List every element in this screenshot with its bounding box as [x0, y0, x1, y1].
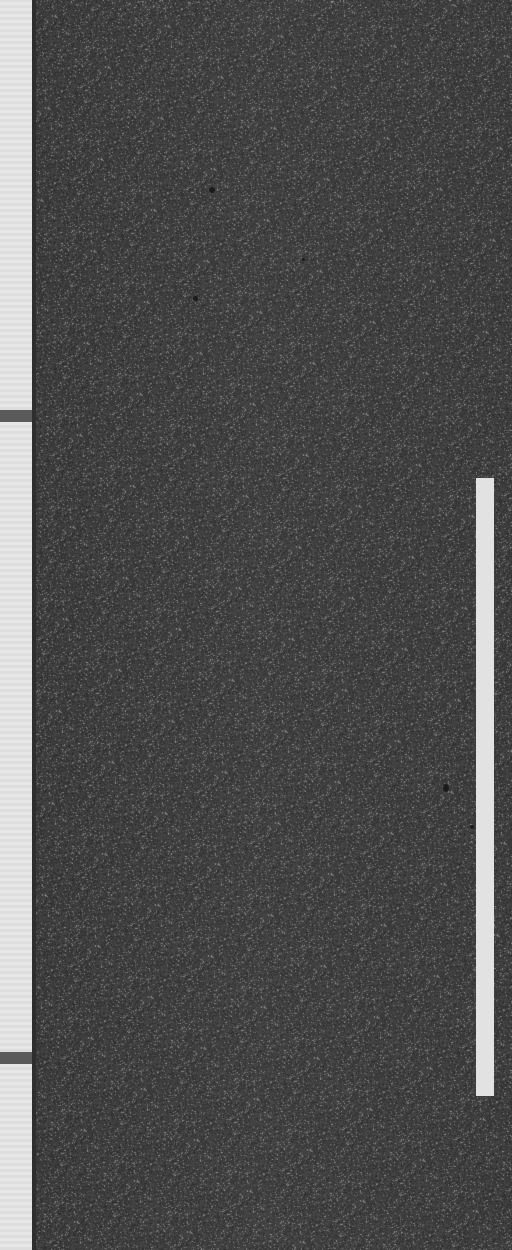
- lane-marking-dash: [476, 478, 494, 1096]
- left-edge-line-gap: [0, 1052, 33, 1064]
- pavement-spot: [209, 187, 215, 193]
- road-surface: [0, 0, 512, 1250]
- pavement-spot: [302, 258, 305, 261]
- edge-shadow: [32, 0, 36, 1250]
- pavement-spot: [443, 784, 449, 792]
- pavement-spot: [193, 296, 198, 301]
- left-edge-line-segment: [0, 0, 32, 410]
- left-edge-line-segment: [0, 1064, 32, 1250]
- left-edge-line-gap: [0, 410, 33, 422]
- left-edge-line-segment: [0, 422, 32, 1052]
- asphalt-texture: [0, 0, 512, 1250]
- pavement-spot: [470, 825, 474, 829]
